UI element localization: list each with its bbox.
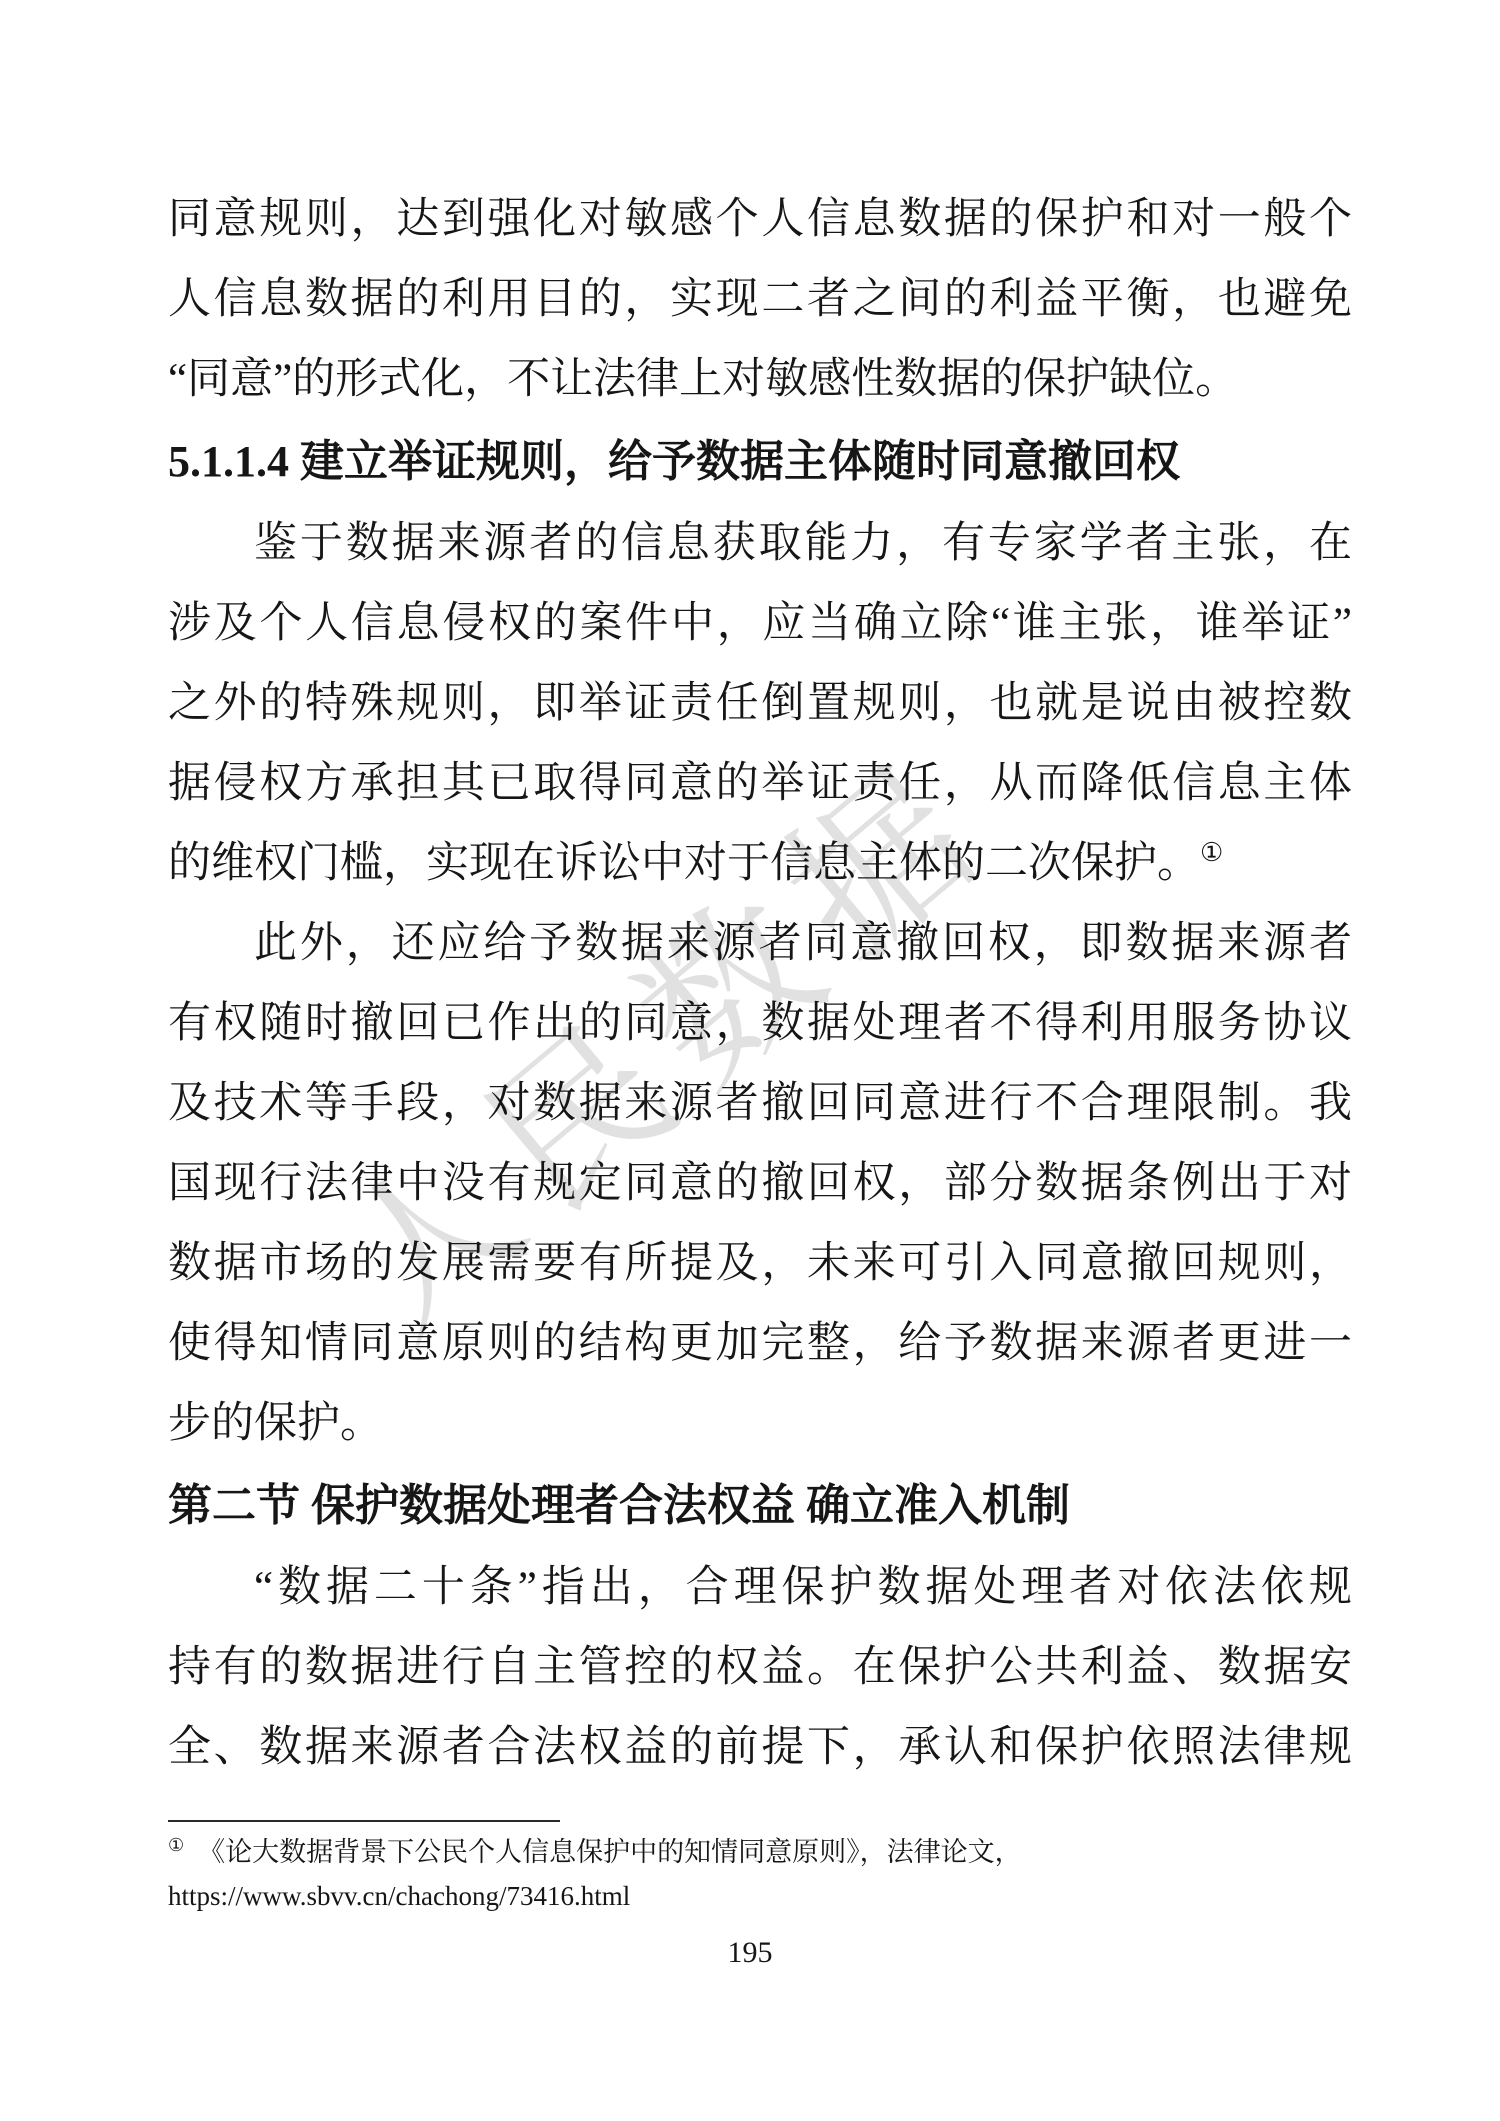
footnote-text: 《论大数据背景下公民个人信息保护中的知情同意原则》，法律论文，: [198, 1837, 1022, 1867]
heading-5-1-1-4: 5.1.1.4 建立举证规则，给予数据主体随时同意撤回权: [168, 420, 1352, 504]
page-content: 同意规则，达到强化对敏感个人信息数据的保护和对一般个人信息数据的利用目的，实现二…: [168, 180, 1352, 1918]
body-line: 同意规则，达到强化对敏感个人信息数据的保护和对一般个: [168, 180, 1352, 260]
body-line: 使得知情同意原则的结构更加完整，给予数据来源者更进一: [168, 1304, 1352, 1384]
footnote-url: https://www.sbvv.cn/chachong/73416.html: [168, 1874, 1352, 1918]
body-line: 步的保护。: [168, 1384, 1352, 1464]
body-line: 据侵权方承担其已取得同意的举证责任，从而降低信息主体: [168, 744, 1352, 824]
paragraph-data-twenty-provisions: “数据二十条”指出，合理保护数据处理者对依法依规持有的数据进行自主管控的权益。在…: [168, 1548, 1352, 1788]
paragraph-burden-of-proof: 鉴于数据来源者的信息获取能力，有专家学者主张，在涉及个人信息侵权的案件中，应当确…: [168, 504, 1352, 824]
footnote-separator: [168, 1820, 560, 1822]
body-line: 人信息数据的利用目的，实现二者之间的利益平衡，也避免: [168, 260, 1352, 340]
footnote: ①《论大数据背景下公民个人信息保护中的知情同意原则》，法律论文， https:/…: [168, 1830, 1352, 1918]
body-line: 数据市场的发展需要有所提及，未来可引入同意撤回规则，: [168, 1224, 1352, 1304]
body-line: “数据二十条”指出，合理保护数据处理者对依法依规: [168, 1548, 1352, 1628]
body-line-text: 的维权门槛，实现在诉讼中对于信息主体的二次保护。: [168, 840, 1200, 887]
body-line: 持有的数据进行自主管控的权益。在保护公共利益、数据安: [168, 1628, 1352, 1708]
document-page: { "page": { "number": "195" }, "watermar…: [0, 0, 1500, 2121]
heading-section-2: 第二节 保护数据处理者合法权益 确立准入机制: [168, 1464, 1352, 1548]
body-line: 国现行法律中没有规定同意的撤回权，部分数据条例出于对: [168, 1144, 1352, 1224]
footnote-line-1: ①《论大数据背景下公民个人信息保护中的知情同意原则》，法律论文，: [168, 1830, 1352, 1874]
body-line: 之外的特殊规则，即举证责任倒置规则，也就是说由被控数: [168, 664, 1352, 744]
body-line: 鉴于数据来源者的信息获取能力，有专家学者主张，在: [168, 504, 1352, 584]
body-line: 此外，还应给予数据来源者同意撤回权，即数据来源者: [168, 904, 1352, 984]
page-number: 195: [0, 1936, 1500, 1970]
body-line: 涉及个人信息侵权的案件中，应当确立除“谁主张，谁举证”: [168, 584, 1352, 664]
paragraph-consent-rules: 同意规则，达到强化对敏感个人信息数据的保护和对一般个人信息数据的利用目的，实现二…: [168, 180, 1352, 420]
body-line: 及技术等手段，对数据来源者撤回同意进行不合理限制。我: [168, 1064, 1352, 1144]
body-line-with-footnote-ref: 的维权门槛，实现在诉讼中对于信息主体的二次保护。①: [168, 824, 1352, 904]
paragraph-withdrawal-right: 此外，还应给予数据来源者同意撤回权，即数据来源者有权随时撤回已作出的同意，数据处…: [168, 904, 1352, 1464]
body-line: 有权随时撤回已作出的同意，数据处理者不得利用服务协议: [168, 984, 1352, 1064]
footnote-reference-1: ①: [1200, 838, 1223, 867]
body-line: “同意”的形式化，不让法律上对敏感性数据的保护缺位。: [168, 340, 1352, 420]
body-line: 全、数据来源者合法权益的前提下，承认和保护依照法律规: [168, 1708, 1352, 1788]
footnote-marker-1: ①: [168, 1835, 184, 1855]
